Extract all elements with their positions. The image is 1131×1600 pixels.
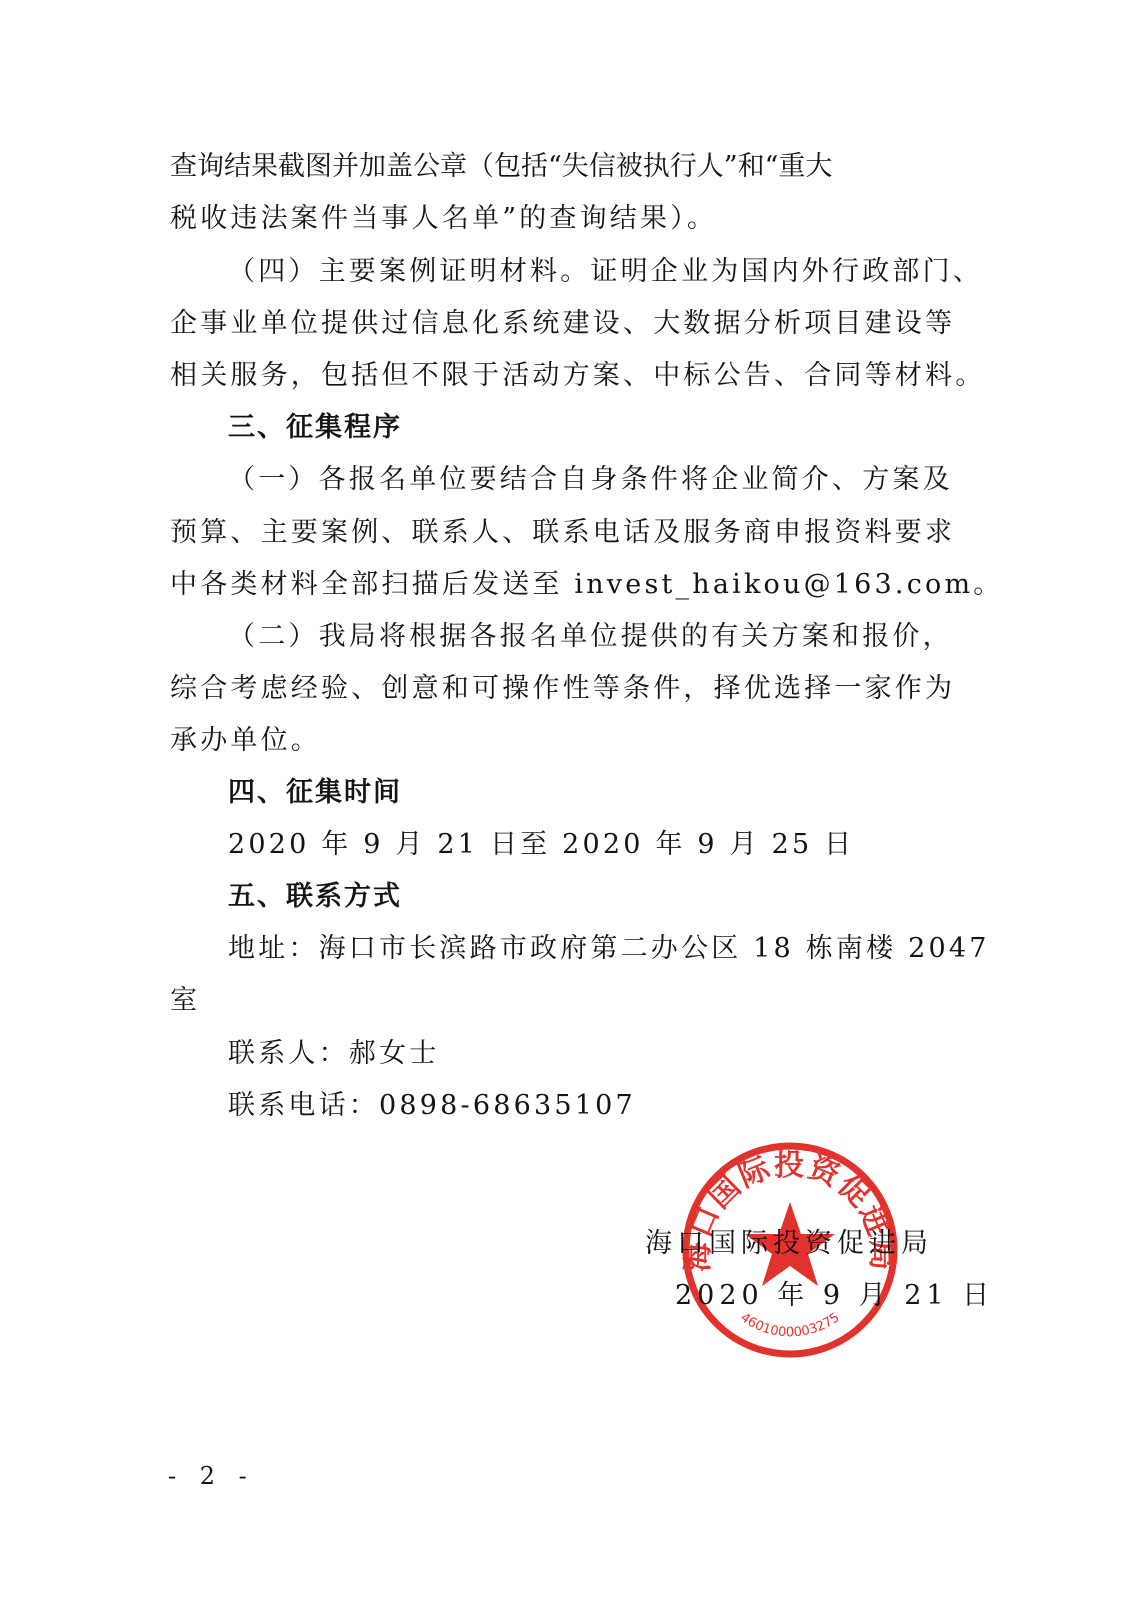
paragraph-line: （一）各报名单位要结合自身条件将企业简介、方案及	[228, 463, 953, 497]
official-seal-icon: 海口国际投资促进局 4601000003275	[680, 1140, 900, 1360]
paragraph-line: （四）主要案例证明材料。证明企业为国内外行政部门、	[228, 255, 983, 289]
address-line: 地址：海口市长滨路市政府第二办公区 18 栋南楼 2047	[228, 932, 990, 966]
paragraph-line: 企事业单位提供过信息化系统建设、大数据分析项目建设等	[170, 307, 955, 341]
email-line: 中各类材料全部扫描后发送至 invest_haikou@163.com。	[170, 568, 1003, 602]
paragraph-line: 查询结果截图并加盖公章（包括“失信被执行人”和“重大	[170, 150, 940, 184]
paragraph-line: 相关服务，包括但不限于活动方案、中标公告、合同等材料。	[170, 359, 985, 393]
svg-text:4601000003275: 4601000003275	[737, 1310, 842, 1340]
section-heading-time: 四、征集时间	[228, 776, 402, 810]
page-number: - 2 -	[168, 1462, 255, 1490]
collection-period: 2020 年 9 月 21 日至 2020 年 9 月 25 日	[228, 828, 854, 862]
paragraph-line: 承办单位。	[170, 724, 321, 758]
contact-phone: 联系电话：0898-68635107	[228, 1089, 636, 1123]
section-heading-contact: 五、联系方式	[228, 880, 402, 914]
paragraph-text: 查询结果截图并加盖公章（包括“失信被执行人”和“重大	[170, 150, 832, 184]
address-line-continued: 室	[170, 984, 200, 1018]
paragraph-line: 税收违法案件当事人名单”的查询结果）。	[170, 202, 717, 236]
paragraph-line: 预算、主要案例、联系人、联系电话及服务商申报资料要求	[170, 516, 955, 550]
paragraph-line: （二）我局将根据各报名单位提供的有关方案和报价，	[228, 620, 953, 654]
section-heading-procedure: 三、征集程序	[228, 411, 402, 445]
contact-person: 联系人：郝女士	[228, 1037, 439, 1071]
seal-serial-text: 4601000003275	[737, 1310, 842, 1340]
paragraph-line: 综合考虑经验、创意和可操作性等条件，择优选择一家作为	[170, 672, 955, 706]
